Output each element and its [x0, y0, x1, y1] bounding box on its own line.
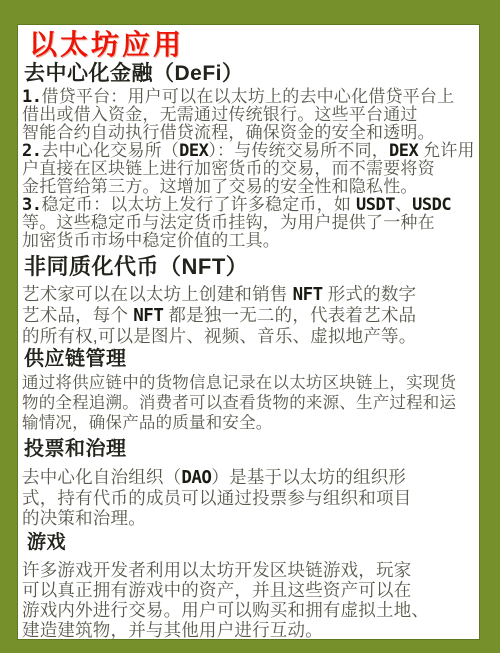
section-defi: 去中心化金融（DeFi） 1.借贷平台：用户可以在以太坊上的去中心化借贷平台上 …	[22, 61, 477, 250]
paragraph-supply-chain: 通过将供应链中的货物信息记录在以太坊区块链上，实现货 物的全程追溯。消费者可以查…	[22, 373, 477, 433]
section-games: 游戏 许多游戏开发者利用以太坊开发区块链游戏，玩家 可以真正拥有游戏中的资产，并…	[22, 532, 477, 639]
page: { "title": "以太坊应用", "colors": { "frame_g…	[0, 0, 500, 653]
section-heading-games: 游戏	[27, 532, 477, 554]
section-supply-chain: 供应链管理 通过将供应链中的货物信息记录在以太坊区块链上，实现货 物的全程追溯。…	[22, 348, 477, 433]
paragraph-defi-dex: 2.去中心化交易所（DEX）：与传统交易所不同，DEX 允许用 户直接在区块链上…	[22, 142, 477, 196]
paragraph-defi-lending: 1.借贷平台：用户可以在以太坊上的去中心化借贷平台上 借出或借入资金，无需通过传…	[22, 88, 477, 142]
page-title: 以太坊应用	[29, 30, 477, 60]
paragraph-nft: 艺术家可以在以太坊上创建和销售 NFT 形式的数字 艺术品，每个 NFT 都是独…	[22, 284, 477, 346]
section-heading-nft: 非同质化代币（NFT）	[24, 254, 477, 280]
paragraph-games: 许多游戏开发者利用以太坊开发区块链游戏，玩家 可以真正拥有游戏中的资产，并且这些…	[22, 560, 477, 639]
paragraph-defi-stablecoin: 3.稳定币：以太坊上发行了许多稳定币，如 USDT、USDC 等。这些稳定币与法…	[22, 196, 477, 250]
section-voting: 投票和治理 去中心化自治组织（DAO）是基于以太坊的组织形 式，持有代币的成员可…	[22, 437, 477, 528]
section-heading-voting: 投票和治理	[24, 437, 477, 461]
paragraph-voting: 去中心化自治组织（DAO）是基于以太坊的组织形 式，持有代币的成员可以通过投票参…	[22, 467, 477, 528]
section-heading-supply-chain: 供应链管理	[24, 348, 477, 371]
section-heading-defi: 去中心化金融（DeFi）	[24, 61, 477, 86]
section-nft: 非同质化代币（NFT） 艺术家可以在以太坊上创建和销售 NFT 形式的数字 艺术…	[22, 254, 477, 346]
content-panel: 以太坊应用 去中心化金融（DeFi） 1.借贷平台：用户可以在以太坊上的去中心化…	[18, 25, 479, 639]
